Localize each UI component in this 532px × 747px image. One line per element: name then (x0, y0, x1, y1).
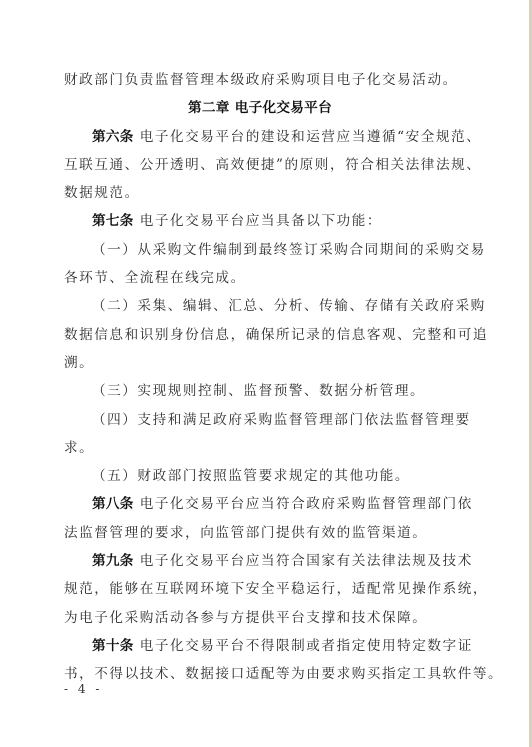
paragraph-text: 电子化交易平台应当具备以下功能： (140, 213, 382, 229)
paragraph-line: 书，不得以技术、数据接口适配等为由要求购买指定工具软件等。 (64, 660, 456, 688)
list-item-2: （二）采集、编辑、汇总、分析、传输、存储有关政府采购 (64, 292, 456, 320)
article-9: 第九条电子化交易平台应当符合国家有关法律法规及技术 (64, 547, 456, 575)
list-item-1: （一）从采购文件编制到最终签订采购合同期间的采购交易 (64, 236, 456, 264)
paragraph-line: 溯。 (64, 349, 456, 377)
paragraph-text: 电子化交易平台的建设和运营应当遵循“安全规范、 (140, 129, 482, 145)
paragraph-line: 各环节、全流程在线完成。 (64, 264, 456, 292)
article-title: 第七条 (92, 213, 134, 229)
article-title: 第十条 (92, 638, 134, 654)
article-10: 第十条电子化交易平台不得限制或者指定使用特定数字证 (64, 632, 456, 660)
paragraph-line: 为电子化采购活动各参与方提供平台支撑和技术保障。 (64, 604, 456, 632)
article-8: 第八条电子化交易平台应当符合政府采购监督管理部门依 (64, 490, 456, 518)
list-item-3: （三）实现规则控制、监督预警、数据分析管理。 (64, 377, 456, 405)
paragraph-line: 数据信息和识别身份信息，确保所记录的信息客观、完整和可追 (64, 321, 456, 349)
article-title: 第八条 (92, 496, 134, 512)
paragraph-line: 数据规范。 (64, 179, 456, 207)
paragraph-text: 电子化交易平台应当符合国家有关法律法规及技术 (140, 553, 473, 569)
paragraph-line: 求。 (64, 434, 456, 462)
article-6: 第六条电子化交易平台的建设和运营应当遵循“安全规范、 (64, 123, 456, 151)
document-page: 财政部门负责监督管理本级政府采购项目电子化交易活动。 第二章 电子化交易平台 第… (0, 0, 529, 747)
paragraph-text: 电子化交易平台不得限制或者指定使用特定数字证 (140, 638, 473, 654)
paragraph-line: 财政部门负责监督管理本级政府采购项目电子化交易活动。 (64, 66, 456, 94)
paragraph-line: 互联互通、公开透明、高效便捷”的原则，符合相关法律法规、 (64, 151, 456, 179)
article-title: 第九条 (92, 553, 134, 569)
chapter-heading: 第二章 电子化交易平台 (64, 94, 456, 122)
article-7: 第七条电子化交易平台应当具备以下功能： (64, 207, 456, 235)
page-content: 财政部门负责监督管理本级政府采购项目电子化交易活动。 第二章 电子化交易平台 第… (64, 66, 456, 689)
list-item-5: （五）财政部门按照监管要求规定的其他功能。 (64, 462, 456, 490)
paragraph-text: 电子化交易平台应当符合政府采购监督管理部门依 (140, 496, 473, 512)
paragraph-line: 法监督管理的要求，向监管部门提供有效的监管渠道。 (64, 519, 456, 547)
article-title: 第六条 (92, 129, 134, 145)
page-number: - 4 - (64, 682, 102, 696)
list-item-4: （四）支持和满足政府采购监督管理部门依法监督管理要 (64, 406, 456, 434)
paragraph-line: 规范，能够在互联网环境下安全平稳运行，适配常见操作系统， (64, 575, 456, 603)
